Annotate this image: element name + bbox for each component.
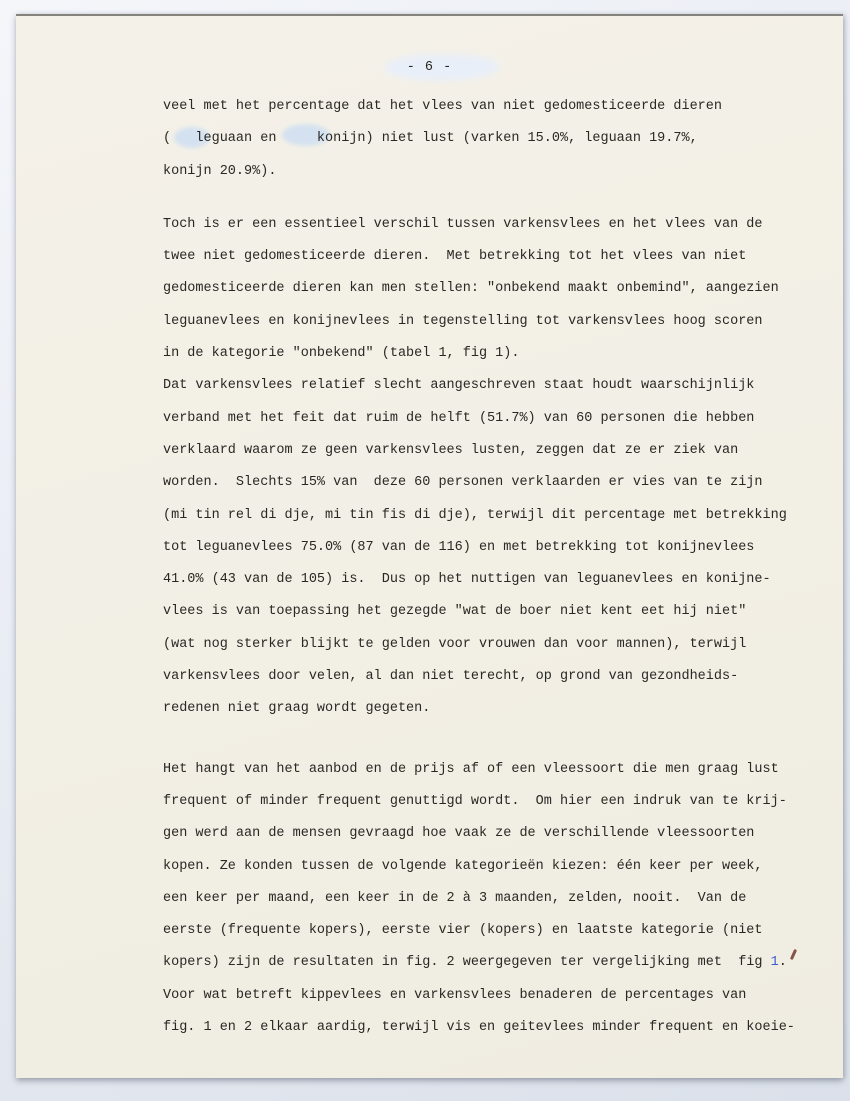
text-line: Toch is er een essentieel verschil tusse… [163, 209, 823, 241]
text-line: worden. Slechts 15% van deze 60 personen… [163, 467, 823, 499]
text-line: verband met het feit dat ruim de helft (… [163, 403, 823, 435]
paragraph: veel met het percentage dat het vlees va… [163, 91, 823, 188]
text-line: konijn 20.9%). [163, 156, 823, 188]
text-line: kopers) zijn de resultaten in fig. 2 wee… [163, 947, 823, 979]
paragraph: Het hangt van het aanbod en de prijs af … [163, 754, 823, 1045]
text-line: ( leguaan en konijn) niet lust (varken 1… [163, 123, 823, 155]
text-line: eerste (frequente kopers), eerste vier (… [163, 915, 823, 947]
text-line: redenen niet graag wordt gegeten. [163, 693, 823, 725]
text-line: Het hangt van het aanbod en de prijs af … [163, 754, 823, 786]
text-line: (mi tin rel di dje, mi tin fis di dje), … [163, 500, 823, 532]
text-line: twee niet gedomesticeerde dieren. Met be… [163, 241, 823, 273]
text-line: vlees is van toepassing het gezegde "wat… [163, 596, 823, 628]
text-line: in de kategorie "onbekend" (tabel 1, fig… [163, 338, 823, 370]
text-line: kopen. Ze konden tussen de volgende kate… [163, 851, 823, 883]
page-number-row: - 6 - [16, 52, 843, 84]
handwritten-figure-number: 1 [771, 955, 779, 970]
text-line: tot leguanevlees 75.0% (87 van de 116) e… [163, 532, 823, 564]
text-line: Voor wat betreft kippevlees en varkensvl… [163, 980, 823, 1012]
text-line: varkensvlees door velen, al dan niet ter… [163, 661, 823, 693]
text-line: verklaard waarom ze geen varkensvlees lu… [163, 435, 823, 467]
body-text: veel met het percentage dat het vlees va… [163, 91, 823, 1044]
text-line: fig. 1 en 2 elkaar aardig, terwijl vis e… [163, 1012, 823, 1044]
text-line: 41.0% (43 van de 105) is. Dus op het nut… [163, 564, 823, 596]
text-line: frequent of minder frequent genuttigd wo… [163, 786, 823, 818]
text-line: een keer per maand, een keer in de 2 à 3… [163, 883, 823, 915]
paragraph: Toch is er een essentieel verschil tusse… [163, 209, 823, 726]
text-line: Dat varkensvlees relatief slecht aangesc… [163, 370, 823, 402]
page-number: - 6 - [407, 60, 453, 75]
typed-text: kopers) zijn de resultaten in fig. 2 wee… [163, 955, 771, 970]
text-line: gen werd aan de mensen gevraagd hoe vaak… [163, 818, 823, 850]
text-line: veel met het percentage dat het vlees va… [163, 91, 823, 123]
text-line: gedomesticeerde dieren kan men stellen: … [163, 273, 823, 305]
document-page: - 6 - veel met het percentage dat het vl… [16, 14, 843, 1078]
text-line: leguanevlees en konijnevlees in tegenste… [163, 306, 823, 338]
typed-text: . [779, 955, 787, 970]
text-line: (wat nog sterker blijkt te gelden voor v… [163, 629, 823, 661]
